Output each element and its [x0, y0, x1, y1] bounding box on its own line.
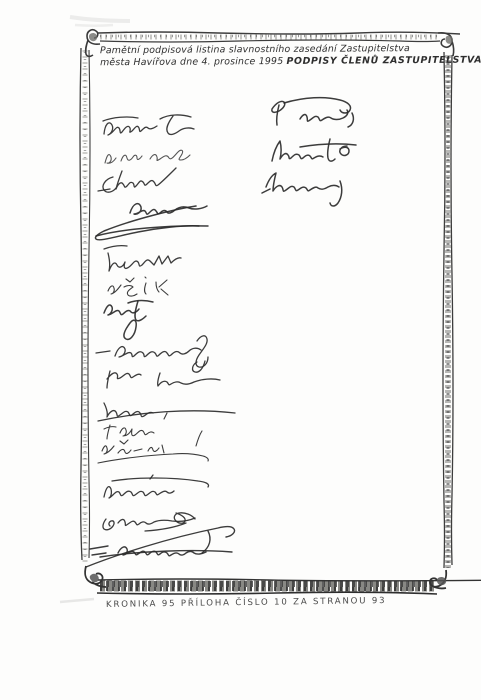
signature-left-2	[121, 155, 142, 161]
signatures-layer	[0, 0, 481, 700]
signature-right-2	[328, 139, 335, 161]
signature-left-8	[96, 351, 110, 353]
signature-left-11	[164, 413, 167, 419]
signature-left-6	[156, 280, 168, 295]
signature-left-15	[86, 527, 235, 567]
signature-left-6	[108, 285, 121, 294]
signature-right-3	[262, 189, 270, 193]
signature-left-6	[145, 277, 147, 294]
signature-left-15	[100, 551, 232, 557]
signature-left-12	[134, 449, 142, 451]
signature-left-6	[124, 286, 137, 297]
signature-left-5	[104, 246, 127, 249]
signature-left-1	[167, 116, 194, 134]
signature-left-11	[120, 428, 154, 436]
signature-right-1	[277, 105, 279, 125]
signature-right-2	[340, 146, 349, 155]
signature-left-1	[103, 117, 138, 121]
signature-left-13	[112, 478, 209, 487]
signature-left-14	[103, 519, 114, 530]
signature-left-2	[150, 150, 190, 160]
signature-right-3	[266, 173, 339, 191]
signature-left-4	[130, 204, 207, 215]
signature-left-8	[196, 336, 208, 367]
signature-left-9	[107, 371, 141, 388]
signature-left-11	[104, 425, 116, 439]
signature-left-7	[104, 305, 139, 315]
signature-right-1	[284, 98, 351, 113]
signature-left-1	[160, 115, 191, 119]
signature-left-2	[105, 155, 116, 164]
scanned-document-page: Pamětní podpisová listina slavnostního z…	[0, 0, 481, 700]
signature-left-13	[104, 487, 174, 498]
signature-left-4	[95, 206, 199, 240]
signature-left-3	[116, 168, 176, 189]
signature-left-7	[124, 320, 136, 339]
signature-right-1	[348, 113, 353, 127]
signature-left-15	[90, 546, 108, 555]
signature-left-14	[174, 513, 195, 523]
signature-left-12	[118, 440, 131, 453]
signature-left-12	[148, 445, 164, 453]
signature-left-15	[202, 531, 210, 553]
signature-right-2	[272, 141, 323, 161]
signature-left-6	[126, 278, 134, 282]
signature-left-12	[98, 454, 208, 463]
signature-left-12	[196, 431, 202, 446]
signature-left-5	[108, 253, 181, 271]
signature-left-7	[128, 301, 153, 303]
signature-left-12	[102, 446, 114, 454]
signature-left-8	[115, 347, 201, 357]
signature-right-3	[330, 181, 342, 206]
signature-left-1	[104, 123, 157, 135]
signature-left-9	[158, 373, 220, 386]
